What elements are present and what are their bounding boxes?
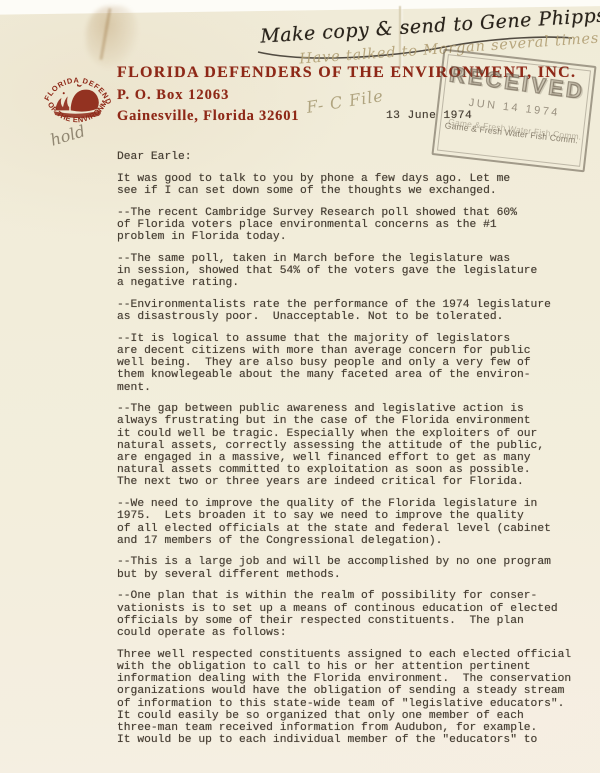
received-stamp-frame: RECEIVED JUN 14 1974 Game & Fresh Water … xyxy=(437,54,591,167)
paragraph: --One plan that is within the realm of p… xyxy=(117,590,585,639)
paragraph: It was good to talk to you by phone a fe… xyxy=(117,173,585,197)
paragraph: --Environmentalists rate the performance… xyxy=(117,299,585,323)
paragraph: --The gap between public awareness and l… xyxy=(117,403,585,488)
scanned-letter: Make copy & send to Gene Phipps Have tal… xyxy=(0,0,600,773)
org-po-box: P. O. Box 12063 xyxy=(117,87,229,104)
paragraph: --This is a large job and will be accomp… xyxy=(117,556,585,580)
paragraph: --It is logical to assume that the major… xyxy=(117,333,585,394)
org-city-line: Gainesville, Florida 32601 xyxy=(117,108,299,125)
letter-body: Dear Earle: It was good to talk to you b… xyxy=(117,151,585,756)
salutation: Dear Earle: xyxy=(117,151,585,163)
paragraph: --The recent Cambridge Survey Research p… xyxy=(117,207,585,244)
paragraph: Three well respected constituents assign… xyxy=(117,649,585,747)
stamp-agency-text: Game & Fresh Water Fish Comm. Game & Fre… xyxy=(440,120,583,150)
paragraph: --The same poll, taken in March before t… xyxy=(117,253,585,290)
paragraph: --We need to improve the quality of the … xyxy=(117,498,585,547)
